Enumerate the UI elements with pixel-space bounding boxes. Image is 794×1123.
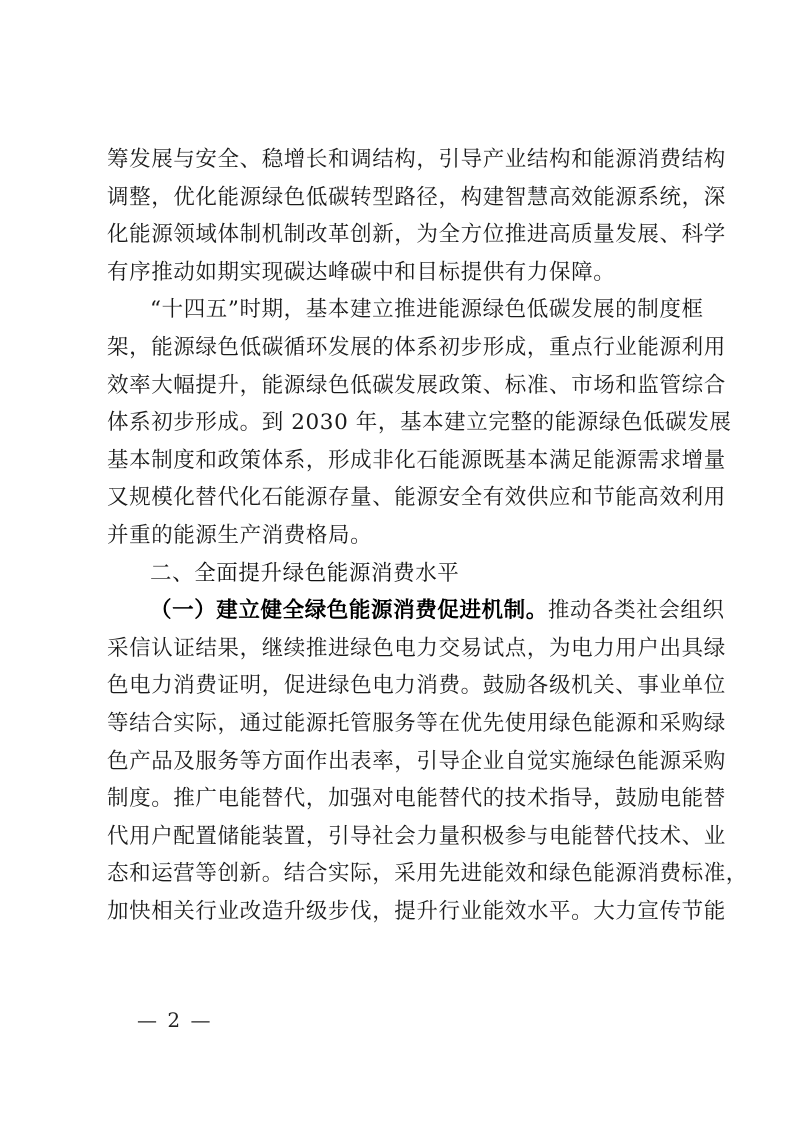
text-line: “十四五”时期，基本建立推进能源绿色低碳发展的制度框 xyxy=(107,291,695,329)
text-line: 并重的能源生产消费格局。 xyxy=(107,517,695,555)
document-page: 筹发展与安全、稳增长和调结构，引导产业结构和能源消费结构 调整，优化能源绿色低碳… xyxy=(0,0,794,1123)
text-line: 等结合实际，通过能源托管服务等在优先使用绿色能源和采购绿 xyxy=(107,705,695,743)
text-line: 体系初步形成。到 2030 年，基本建立完整的能源绿色低碳发展 xyxy=(107,404,695,442)
text-line: 态和运营等创新。结合实际，采用先进能效和绿色能源消费标准， xyxy=(107,855,695,893)
paragraph-intro-continuation: 筹发展与安全、稳增长和调结构，引导产业结构和能源消费结构 调整，优化能源绿色低碳… xyxy=(107,141,695,291)
section-heading: 二、全面提升绿色能源消费水平 xyxy=(107,555,695,593)
text-line: （一）建立健全绿色能源消费促进机制。推动各类社会组织 xyxy=(107,592,695,630)
text-line: 效率大幅提升，能源绿色低碳发展政策、标准、市场和监管综合 xyxy=(107,367,695,405)
text-line: 有序推动如期实现碳达峰碳中和目标提供有力保障。 xyxy=(107,254,695,292)
paragraph-green-consumption-mechanism: （一）建立健全绿色能源消费促进机制。推动各类社会组织 采信认证结果，继续推进绿色… xyxy=(107,592,695,930)
text-line: 采信认证结果，继续推进绿色电力交易试点，为电力用户出具绿 xyxy=(107,630,695,668)
paragraph-goals: “十四五”时期，基本建立推进能源绿色低碳发展的制度框 架，能源绿色低碳循环发展的… xyxy=(107,291,695,554)
text-line: 又规模化替代化石能源存量、能源安全有效供应和节能高效利用 xyxy=(107,479,695,517)
text-line: 制度。推广电能替代，加强对电能替代的技术指导，鼓励电能替 xyxy=(107,780,695,818)
text-line: 调整，优化能源绿色低碳转型路径，构建智慧高效能源系统，深 xyxy=(107,179,695,217)
text-line: 筹发展与安全、稳增长和调结构，引导产业结构和能源消费结构 xyxy=(107,141,695,179)
subsection-heading: （一）建立健全绿色能源消费促进机制。 xyxy=(150,598,548,623)
text-line: 色产品及服务等方面作出表率，引导企业自觉实施绿色能源采购 xyxy=(107,743,695,781)
text-line: 基本制度和政策体系，形成非化石能源既基本满足能源需求增量 xyxy=(107,442,695,480)
page-number: — 2 — xyxy=(137,1008,212,1032)
text-line: 色电力消费证明，促进绿色电力消费。鼓励各级机关、事业单位 xyxy=(107,667,695,705)
document-body: 筹发展与安全、稳增长和调结构，引导产业结构和能源消费结构 调整，优化能源绿色低碳… xyxy=(107,141,695,930)
text-line: 化能源领域体制机制改革创新，为全方位推进高质量发展、科学 xyxy=(107,216,695,254)
text-line: 加快相关行业改造升级步伐，提升行业能效水平。大力宣传节能 xyxy=(107,893,695,931)
text-run: 推动各类社会组织 xyxy=(548,598,725,623)
text-line: 代用户配置储能装置，引导社会力量积极参与电能替代技术、业 xyxy=(107,818,695,856)
text-line: 架，能源绿色低碳循环发展的体系初步形成，重点行业能源利用 xyxy=(107,329,695,367)
